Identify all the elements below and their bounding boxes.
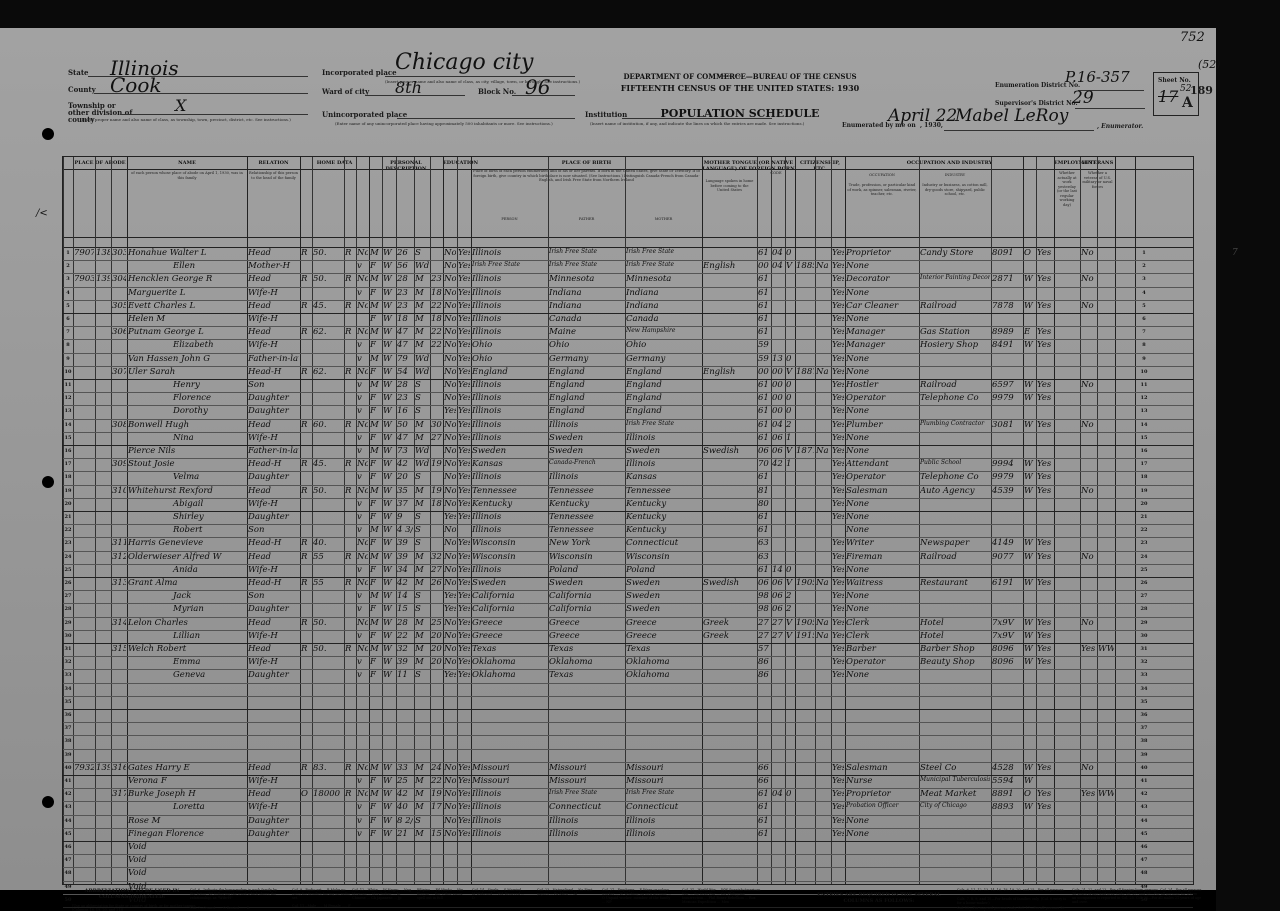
cell-eng: Yes [832, 578, 844, 588]
table-row: ElizabethWife-HvFW47M22NoYesOhioOhioOhio… [63, 339, 1193, 352]
cell-school: No [444, 552, 456, 562]
cell-bp-mother: Illinois [626, 816, 701, 826]
cell-age: 42 [397, 578, 413, 588]
cell-race: W [383, 499, 395, 509]
table-row [63, 749, 1193, 762]
cell-race: W [383, 367, 395, 377]
cell-code-c: 0 [786, 393, 794, 403]
cell-code-a: 63 [758, 538, 770, 548]
cell-school: No [444, 274, 456, 284]
cell-farm: v [357, 499, 368, 509]
cell-school: No [444, 288, 456, 298]
cell-sex: F [370, 816, 381, 826]
cell-race: W [383, 578, 395, 588]
cell-owned: R [301, 301, 311, 311]
cell-sex: M [370, 420, 381, 430]
cell-eng: Yes [832, 288, 844, 298]
cell-value: 18000 [313, 789, 343, 799]
cell-work: Yes [1037, 420, 1053, 430]
cell-farm: v [357, 525, 368, 535]
table-row: Finegan FlorenceDaughtervFW21M15NoYesIll… [63, 828, 1193, 841]
entries-2: Cols. 7, 8, 9, and 10—For heads of famil… [957, 897, 1067, 905]
cell-read: Yes [458, 446, 470, 456]
cell-eng: Yes [832, 354, 844, 364]
cell-code-c: V [786, 261, 794, 271]
cell-age-marr: 15 [431, 829, 442, 839]
cell-marital: M [415, 433, 429, 443]
footer-abbreviations: ABBREVIATIONS TO BE USED IN COLUMNS INDI… [62, 886, 1212, 911]
table-row: Void [63, 867, 1193, 880]
cell-bp-father: Tennessee [549, 512, 624, 522]
cell-age: 4 3/12 [397, 525, 413, 535]
cell-age: 73 [397, 446, 413, 456]
cell-read: Yes [458, 248, 470, 258]
cell-bp: Missouri [472, 776, 547, 786]
cell-farm: v [357, 816, 368, 826]
cell-read: Yes [458, 459, 470, 469]
cell-farm: v [357, 261, 368, 271]
cell-occ: None [846, 433, 918, 443]
cell-age: 33 [397, 763, 413, 773]
cell-race: W [383, 354, 395, 364]
table-row: Pierce NilsFather-in-lawvMW73WdNoYesSwed… [63, 445, 1193, 458]
cell-school: No [444, 829, 456, 839]
cell-natur: Na [816, 446, 830, 456]
cell-sex: M [370, 763, 381, 773]
cell-bp: Ohio [472, 354, 547, 364]
cell-school: No [444, 248, 456, 258]
cell-read: Yes [458, 301, 470, 311]
cell-age: 23 [397, 393, 413, 403]
cell-marital: M [415, 789, 429, 799]
cell-occ: None [846, 670, 918, 680]
cell-race: W [383, 565, 395, 575]
cell-bp-father: Sweden [549, 433, 624, 443]
cell-eng: Yes [832, 776, 844, 786]
column-group-header: RELATION [247, 160, 300, 166]
cell-bp-mother: Kentucky [626, 525, 701, 535]
cell-relation: Daughter [248, 604, 299, 614]
cell-value: 50. [313, 274, 343, 284]
cell-occ-code: 7878 [992, 301, 1022, 311]
stamp-page-number: 752 [1180, 30, 1205, 45]
cell-bp-mother: Connecticut [626, 802, 701, 812]
cell-sex: F [370, 459, 381, 469]
cell-relation: Head [248, 644, 299, 654]
cell-bp-father: Oklahoma [549, 657, 624, 667]
cell-occ: None [846, 406, 918, 416]
cell-name: Grant Alma [128, 578, 246, 588]
cell-value: 50. [313, 644, 343, 654]
cell-bp-mother: Greece [626, 631, 701, 641]
cell-farm: v [357, 288, 368, 298]
cell-eng: Yes [832, 618, 844, 628]
cell-marital: M [415, 301, 429, 311]
cell-occ: None [846, 591, 918, 601]
cell-class: W [1024, 459, 1035, 469]
cell-read: Yes [458, 340, 470, 350]
cell-occ-code: 8091 [992, 248, 1022, 258]
cell-bp-mother: England [626, 380, 701, 390]
cell-sex: F [370, 499, 381, 509]
punch-hole-icon [42, 796, 54, 808]
cell-marital: S [415, 604, 429, 614]
cell-occ-code: 9077 [992, 552, 1022, 562]
cell-bp-mother: England [626, 393, 701, 403]
cell-name: Van Hassen John G [128, 354, 246, 364]
cell-relation: Wife-H [248, 288, 299, 298]
cell-vet: No [1081, 763, 1096, 773]
cell-family: 308 [112, 420, 126, 430]
enumerator-name: Mabel LeRoy [955, 106, 1068, 126]
cell-marital: S [415, 538, 429, 548]
table-row [63, 709, 1193, 722]
cell-age: 32 [397, 644, 413, 654]
cell-code-b: 27 [772, 618, 784, 628]
cell-school: No [444, 433, 456, 443]
cell-marital: Wd [415, 354, 429, 364]
cell-farm: No [357, 420, 368, 430]
cell-class: W [1024, 274, 1035, 284]
table-row: 311Harris GenevieveHead-HR40.NoFW39SNoYe… [63, 537, 1193, 550]
cell-eng: Yes [832, 499, 844, 509]
cell-marital: Wd [415, 261, 429, 271]
census-title: FIFTEENTH CENSUS OF THE UNITED STATES: 1… [590, 83, 890, 93]
cell-relation: Head [248, 248, 299, 258]
cell-sex: M [370, 301, 381, 311]
cell-bp: Illinois [472, 406, 547, 416]
cell-age-marr: 27 [431, 565, 442, 575]
cell-farm: No [357, 459, 368, 469]
cell-marital: M [415, 578, 429, 588]
township-note: (Insert proper name and also name of cla… [80, 117, 291, 122]
cell-age-marr: 20 [431, 644, 442, 654]
column-desc-name: of each person whose place of abode on A… [129, 171, 245, 180]
cell-farm: v [357, 565, 368, 575]
cell-relation: Wife-H [248, 802, 299, 812]
cell-eng: Yes [832, 380, 844, 390]
cell-race: W [383, 789, 395, 799]
cell-work: Yes [1037, 393, 1053, 403]
cell-sex: M [370, 354, 381, 364]
cell-class: W [1024, 578, 1035, 588]
table-row: 313Grant AlmaHead-HR55RNoFW42M26NoYesSwe… [63, 577, 1193, 590]
cell-bp-father: Greece [549, 631, 624, 641]
cell-class: W [1024, 340, 1035, 350]
cell-bp: Illinois [472, 565, 547, 575]
cell-bp: Illinois [472, 301, 547, 311]
abbrev-col14: Col. 14—Single ... S Married ... M Widow… [472, 888, 527, 900]
cell-code-c: 0 [786, 248, 794, 258]
cell-occ-code: 8491 [992, 340, 1022, 350]
cell-eng: Yes [832, 433, 844, 443]
cell-code-c: 2 [786, 591, 794, 601]
cell-read: Yes [458, 367, 470, 377]
cell-family: 311 [112, 538, 126, 548]
cell-occ-code: 5594 [992, 776, 1022, 786]
cell-class: E [1024, 327, 1035, 337]
cell-occ-code: 3081 [992, 420, 1022, 430]
cell-code-b: 06 [772, 446, 784, 456]
cell-bp-mother: Illinois [626, 433, 701, 443]
cell-bp: Illinois [472, 314, 547, 324]
cell-immig: 1915 [796, 631, 814, 641]
cell-eng: Yes [832, 486, 844, 496]
column-desc-relation: Relationship of this person to the head … [249, 171, 298, 180]
cell-read: Yes [458, 670, 470, 680]
cell-occ: Plumber [846, 420, 918, 430]
cell-age: 15 [397, 604, 413, 614]
cell-read: Yes [458, 538, 470, 548]
cell-age: 42 [397, 459, 413, 469]
abbrev-col12: Col. 12—White ... W Negro ... Neg Mexica… [352, 888, 412, 900]
cell-bp: Ohio [472, 340, 547, 350]
cell-owned: R [301, 552, 311, 562]
cell-eng: Yes [832, 644, 844, 654]
table-row: HenrySonvMW28SNoYesIllinoisEnglandEnglan… [63, 379, 1193, 392]
cell-eng: Yes [832, 314, 844, 324]
cell-marital: S [415, 380, 429, 390]
cell-occ: None [846, 512, 918, 522]
state-label: State [68, 68, 89, 77]
cell-code-c: 0 [786, 565, 794, 575]
cell-owned: R [301, 486, 311, 496]
cell-bp-mother: Minnesota [626, 274, 701, 284]
cell-bp-father: Ohio [549, 340, 624, 350]
cell-bp-mother: Texas [626, 644, 701, 654]
cell-vet: No [1081, 301, 1096, 311]
cell-family: 313 [112, 578, 126, 588]
cell-bp-mother: Sweden [626, 604, 701, 614]
cell-name: Burke Joseph H [128, 789, 246, 799]
cell-age: 56 [397, 261, 413, 271]
cell-eng: Yes [832, 367, 844, 377]
cell-race: W [383, 472, 395, 482]
cell-class: W [1024, 486, 1035, 496]
cell-radio: R [345, 763, 355, 773]
cell-bp: Illinois [472, 512, 547, 522]
cell-immig: 1887 [796, 367, 814, 377]
cell-school: No [444, 420, 456, 430]
cell-school: No [444, 618, 456, 628]
cell-ind: Public School [920, 459, 990, 466]
table-row: 7932139316Gates Harry EHeadR83.RNoMW33M2… [63, 762, 1193, 775]
cell-age: 16 [397, 406, 413, 416]
cell-age-marr: 24 [431, 763, 442, 773]
scan-border-right [1216, 0, 1280, 911]
cell-read: Yes [458, 406, 470, 416]
cell-occ: Operator [846, 393, 918, 403]
cell-sex: F [370, 314, 381, 324]
unincorporated-label: Unincorporated place [322, 110, 407, 119]
cell-code-a: 61 [758, 472, 770, 482]
cell-immig: 1871 [796, 446, 814, 456]
cell-class: W [1024, 301, 1035, 311]
cell-bp-mother: Missouri [626, 763, 701, 773]
column-group-header: PLACE OF ABODE [73, 160, 127, 166]
cell-age-marr: 18 [431, 314, 442, 324]
cell-code-a: 61 [758, 816, 770, 826]
cell-school: No [444, 301, 456, 311]
cell-race: W [383, 301, 395, 311]
cell-occ: Salesman [846, 763, 918, 773]
cell-age: 28 [397, 380, 413, 390]
cell-eng: Yes [832, 512, 844, 522]
cell-age-marr: 17 [431, 802, 442, 812]
cell-sex: M [370, 525, 381, 535]
cell-occ-code: 8096 [992, 657, 1022, 667]
cell-age-marr: 23 [431, 274, 442, 284]
cell-code-b: 00 [772, 393, 784, 403]
cell-farm: v [357, 406, 368, 416]
cell-code-b: 04 [772, 248, 784, 258]
cell-radio: R [345, 367, 355, 377]
cell-bp-mother: Ohio [626, 340, 701, 350]
cell-bp: Sweden [472, 578, 547, 588]
cell-bp-mother: Oklahoma [626, 657, 701, 667]
cell-radio: R [345, 327, 355, 337]
cell-farm: v [357, 446, 368, 456]
cell-value: 50. [313, 248, 343, 258]
cell-bp: Illinois [472, 433, 547, 443]
cell-sex: F [370, 631, 381, 641]
cell-vet: No [1081, 552, 1096, 562]
cell-bp-mother: Missouri [626, 776, 701, 786]
cell-code-b: 06 [772, 604, 784, 614]
cell-family: 312 [112, 552, 126, 562]
cell-bp-mother: England [626, 367, 701, 377]
cell-eng: Yes [832, 393, 844, 403]
cell-family: 306 [112, 327, 126, 337]
cell-bp: Missouri [472, 763, 547, 773]
cell-sex: F [370, 578, 381, 588]
cell-class: W [1024, 657, 1035, 667]
cell-occ: Decorator [846, 274, 918, 284]
cell-bp: Kentucky [472, 499, 547, 509]
cell-eng: Yes [832, 472, 844, 482]
cell-bp-mother: Irish Free State [626, 261, 701, 268]
cell-sex: M [370, 274, 381, 284]
cell-code-a: 61 [758, 525, 770, 535]
cell-ind: Municipal Tuberculosis Sanitarium [920, 776, 990, 783]
cell-race: W [383, 433, 395, 443]
column-group-header: HOME DATA [300, 160, 369, 166]
cell-marital: S [415, 512, 429, 522]
cell-relation: Head [248, 763, 299, 773]
cell-school: No [444, 261, 456, 271]
cell-occ: None [846, 499, 918, 509]
cell-race: W [383, 525, 395, 535]
cell-age: 28 [397, 618, 413, 628]
cell-vet: No [1081, 274, 1096, 284]
cell-ind: Beauty Shop [920, 657, 990, 667]
cell-school: Yes [444, 670, 456, 680]
table-row [63, 683, 1193, 696]
cell-code-c: 2 [786, 604, 794, 614]
cell-code-a: 63 [758, 552, 770, 562]
cell-age-marr: 22 [431, 776, 442, 786]
cell-bp: Texas [472, 644, 547, 654]
table-row: 7907138303Honahue Walter LHeadR50.RNoMW2… [63, 247, 1193, 260]
cell-sex: F [370, 261, 381, 271]
cell-value: 40. [313, 538, 343, 548]
cell-family: 315 [112, 644, 126, 654]
table-row: AbigailWife-HvFW37M18NoYesKentuckyKentuc… [63, 498, 1193, 511]
table-row: 310Whitehurst RexfordHeadR50.RNoMW35M19N… [63, 485, 1193, 498]
cell-ind: Plumbing Contractor [920, 420, 990, 427]
cell-bp-father: Poland [549, 565, 624, 575]
cell-work: Yes [1037, 552, 1053, 562]
cell-occ-code: 8989 [992, 327, 1022, 337]
column-desc-employment: Whether actually at work yesterday (or t… [1056, 171, 1078, 207]
cell-code-a: 61 [758, 393, 770, 403]
cell-marital: S [415, 248, 429, 258]
cell-relation: Head [248, 552, 299, 562]
cell-bp-father: England [549, 380, 624, 390]
cell-bp: Irish Free State [472, 261, 547, 268]
entries-title: ENTRIES ARE REQUIRED IN THE SEVERAL COLU… [814, 892, 944, 904]
cell-occ: Salesman [846, 486, 918, 496]
cell-race: W [383, 288, 395, 298]
cell-eng: Yes [832, 274, 844, 284]
table-row: GenevaDaughtervFW11SYesYesOklahomaTexasO… [63, 669, 1193, 682]
cell-school: No [444, 802, 456, 812]
cell-class: W [1024, 644, 1035, 654]
column-desc-occupation: Trade, profession, or particular kind of… [847, 183, 917, 197]
abbrev-col23: Col. 23—Naturalized ... Na First papers … [537, 888, 597, 896]
stamp-number: 189 [1190, 84, 1213, 97]
punch-hole-icon [42, 476, 54, 488]
cell-owned: R [301, 327, 311, 337]
cell-school: No [444, 354, 456, 364]
cell-eng: Yes [832, 248, 844, 258]
cell-radio: R [345, 644, 355, 654]
cell-code-b: 06 [772, 578, 784, 588]
cell-age-marr: 18 [431, 288, 442, 298]
cell-farm: v [357, 340, 368, 350]
cell-read: Yes [458, 261, 470, 271]
cell-occ: Barber [846, 644, 918, 654]
cell-code-c: 2 [786, 420, 794, 430]
cell-dwelling: 139 [96, 763, 110, 773]
cell-owned: R [301, 420, 311, 430]
cell-name: Putnam George L [128, 327, 246, 337]
column-desc-birth-mother: MOTHER [627, 217, 700, 222]
cell-occ: None [846, 354, 918, 364]
cell-lang: Swedish [703, 446, 756, 456]
cell-code-b: 42 [772, 459, 784, 469]
cell-age: 25 [397, 776, 413, 786]
cell-marital: M [415, 565, 429, 575]
cell-race: W [383, 393, 395, 403]
cell-class: W [1024, 420, 1035, 430]
cell-occ: Probation Officer [846, 802, 918, 809]
cell-race: W [383, 763, 395, 773]
cell-relation: Wife-H [248, 776, 299, 786]
cell-farm: v [357, 604, 368, 614]
cell-lang: Swedish [703, 578, 756, 588]
table-row: Rose MDaughtervFW8 2/12SNoYesIllinoisIll… [63, 815, 1193, 828]
cell-code-c: 0 [786, 354, 794, 364]
cell-read: Yes [458, 591, 470, 601]
table-row: ShirleyDaughtervFW9SYesYesIllinoisTennes… [63, 511, 1193, 524]
cell-sex: F [370, 776, 381, 786]
cell-read: Yes [458, 512, 470, 522]
cell-class: W [1024, 538, 1035, 548]
cell-age: 18 [397, 314, 413, 324]
table-row: 312Olderwieser Alfred WHeadR55RNoMW39M32… [63, 551, 1193, 564]
cell-value: 45. [313, 301, 343, 311]
